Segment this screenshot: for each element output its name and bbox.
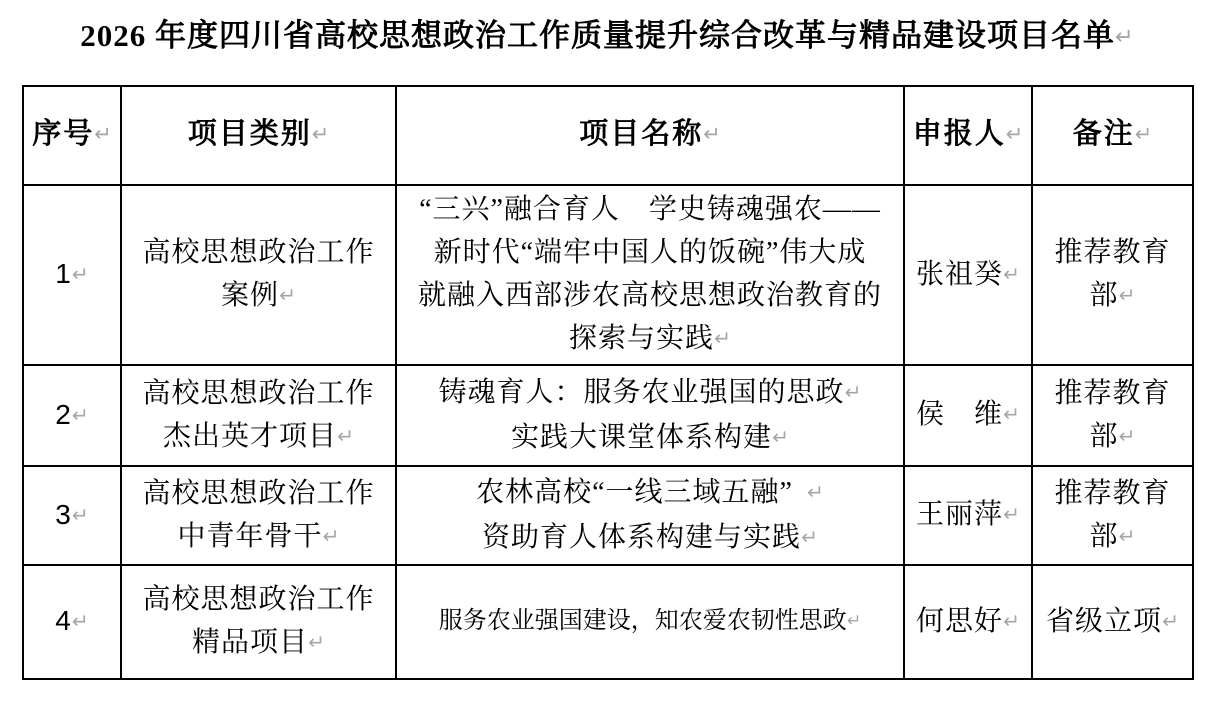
cell-name: “三兴”融合育人 学史铸魂强农—— 新时代“端牢中国人的饭碗”伟大成 就融入西部… [396,185,904,365]
document-title-text: 2026 年度四川省高校思想政治工作质量提升综合改革与精品建设项目名单 [80,18,1115,53]
cell-applicant: 王丽萍↵ [904,466,1032,565]
header-label-category: 项目类别 [188,118,312,150]
cell-no: 4↵ [23,565,121,679]
cell-no: 3↵ [23,466,121,565]
paragraph-mark-icon: ↵ [1135,113,1153,156]
category-text: 案例 [221,280,279,311]
category-text: 高校思想政治工作 [128,231,389,274]
header-cell-applicant: 申报人↵ [904,86,1032,185]
remark-text: 部 [1090,280,1119,311]
project-name-text: 服务农业强国建设，知农爱农韧性思政 [439,608,847,634]
header-cell-name: 项目名称↵ [396,86,904,185]
category-text: 高校思想政治工作 [128,372,389,415]
header-cell-remark: 备注↵ [1032,86,1193,185]
project-name-text: 新时代“端牢中国人的饭碗”伟大成 [403,231,897,274]
paragraph-mark-icon: ↵ [337,415,354,458]
remark-text: 推荐教育 [1039,472,1186,515]
row-number: 3 [55,499,72,530]
paragraph-mark-icon: ↵ [1006,113,1024,156]
paragraph-mark-icon: ↵ [1003,600,1020,643]
paragraph-mark-icon: ↵ [847,600,861,643]
paragraph-mark-icon: ↵ [72,253,89,296]
paragraph-mark-icon: ↵ [1119,515,1136,558]
project-name-text: 铸魂育人：服务农业强国的思政 [439,377,845,408]
paragraph-mark-icon: ↵ [1003,393,1020,436]
category-text: 杰出英才项目 [163,421,337,452]
paragraph-mark-icon: ↵ [703,113,721,156]
category-text: 高校思想政治工作 [128,472,389,515]
paragraph-mark-icon: ↵ [72,394,89,437]
cell-remark: 推荐教育 部↵ [1032,466,1193,565]
paragraph-mark-icon: ↵ [807,471,824,514]
paragraph-mark-icon: ↵ [308,621,325,664]
cell-name: 农林高校“一线三域五融”↵ 资助育人体系构建与实践↵ [396,466,904,565]
remark-text: 推荐教育 [1039,372,1186,415]
header-label-no: 序号 [32,118,94,150]
cell-remark: 推荐教育 部↵ [1032,185,1193,365]
applicant-name: 张祖癸 [916,259,1003,290]
paragraph-mark-icon: ↵ [845,371,862,414]
header-label-remark: 备注 [1073,118,1135,150]
paragraph-mark-icon: ↵ [72,600,89,643]
paragraph-mark-icon: ↵ [1162,600,1179,643]
project-name-text: 就融入西部涉农高校思想政治教育的 [403,274,897,317]
cell-category: 高校思想政治工作 案例↵ [121,185,396,365]
paragraph-mark-icon: ↵ [714,317,731,360]
cell-remark: 推荐教育 部↵ [1032,365,1193,466]
row-number: 4 [55,605,72,636]
paragraph-mark-icon: ↵ [1119,274,1136,317]
table-header-row: 序号↵ 项目类别↵ 项目名称↵ 申报人↵ 备注↵ [23,86,1193,185]
cell-category: 高校思想政治工作 中青年骨干↵ [121,466,396,565]
applicant-name: 侯 维 [916,399,1003,430]
remark-text: 部 [1090,421,1119,452]
paragraph-mark-icon: ↵ [1119,415,1136,458]
document-page: 2026 年度四川省高校思想政治工作质量提升综合改革与精品建设项目名单↵ 序号↵… [0,0,1214,714]
table-row: 3↵ 高校思想政治工作 中青年骨干↵ 农林高校“一线三域五融”↵ 资助育人体系构… [23,466,1193,565]
cell-category: 高校思想政治工作 杰出英才项目↵ [121,365,396,466]
project-name-text: 探索与实践 [569,323,714,354]
row-number: 2 [55,399,72,430]
cell-applicant: 侯 维↵ [904,365,1032,466]
cell-applicant: 张祖癸↵ [904,185,1032,365]
paragraph-mark-icon: ↵ [94,113,112,156]
cell-name: 服务农业强国建设，知农爱农韧性思政↵ [396,565,904,679]
remark-text: 推荐教育 [1039,231,1186,274]
applicant-name: 王丽萍 [916,499,1003,530]
paragraph-mark-icon: ↵ [801,516,818,559]
header-label-name: 项目名称 [579,118,703,150]
cell-no: 1↵ [23,185,121,365]
category-text: 中青年骨干 [178,521,323,552]
category-text: 精品项目 [192,627,308,658]
cell-category: 高校思想政治工作 精品项目↵ [121,565,396,679]
cell-name: 铸魂育人：服务农业强国的思政↵ 实践大课堂体系构建↵ [396,365,904,466]
paragraph-mark-icon: ↵ [312,113,330,156]
paragraph-mark-icon: ↵ [1003,253,1020,296]
paragraph-mark-icon: ↵ [72,494,89,537]
cell-remark: 省级立项↵ [1032,565,1193,679]
project-name-text: 农林高校“一线三域五融” [476,477,793,508]
paragraph-mark-icon: ↵ [323,515,340,558]
projects-table: 序号↵ 项目类别↵ 项目名称↵ 申报人↵ 备注↵ 1↵ 高校思想政治工作 案例↵… [22,85,1194,680]
table-row: 1↵ 高校思想政治工作 案例↵ “三兴”融合育人 学史铸魂强农—— 新时代“端牢… [23,185,1193,365]
project-name-text: “三兴”融合育人 学史铸魂强农—— [403,188,897,231]
header-label-applicant: 申报人 [913,118,1006,150]
paragraph-mark-icon: ↵ [279,274,296,317]
paragraph-mark-icon: ↵ [772,416,789,459]
cell-no: 2↵ [23,365,121,466]
paragraph-mark-icon: ↵ [1003,493,1020,536]
document-title: 2026 年度四川省高校思想政治工作质量提升综合改革与精品建设项目名单↵ [0,10,1214,55]
row-number: 1 [55,258,72,289]
header-cell-category: 项目类别↵ [121,86,396,185]
category-text: 高校思想政治工作 [128,578,389,621]
header-cell-no: 序号↵ [23,86,121,185]
cell-applicant: 何思好↵ [904,565,1032,679]
table-row: 4↵ 高校思想政治工作 精品项目↵ 服务农业强国建设，知农爱农韧性思政↵ 何思好… [23,565,1193,679]
remark-text: 省级立项 [1046,606,1162,637]
applicant-name: 何思好 [916,606,1003,637]
project-name-text: 资助育人体系构建与实践 [482,522,801,553]
table-row: 2↵ 高校思想政治工作 杰出英才项目↵ 铸魂育人：服务农业强国的思政↵ 实践大课… [23,365,1193,466]
remark-text: 部 [1090,521,1119,552]
paragraph-mark-icon: ↵ [1115,24,1134,50]
project-name-text: 实践大课堂体系构建 [511,422,772,453]
